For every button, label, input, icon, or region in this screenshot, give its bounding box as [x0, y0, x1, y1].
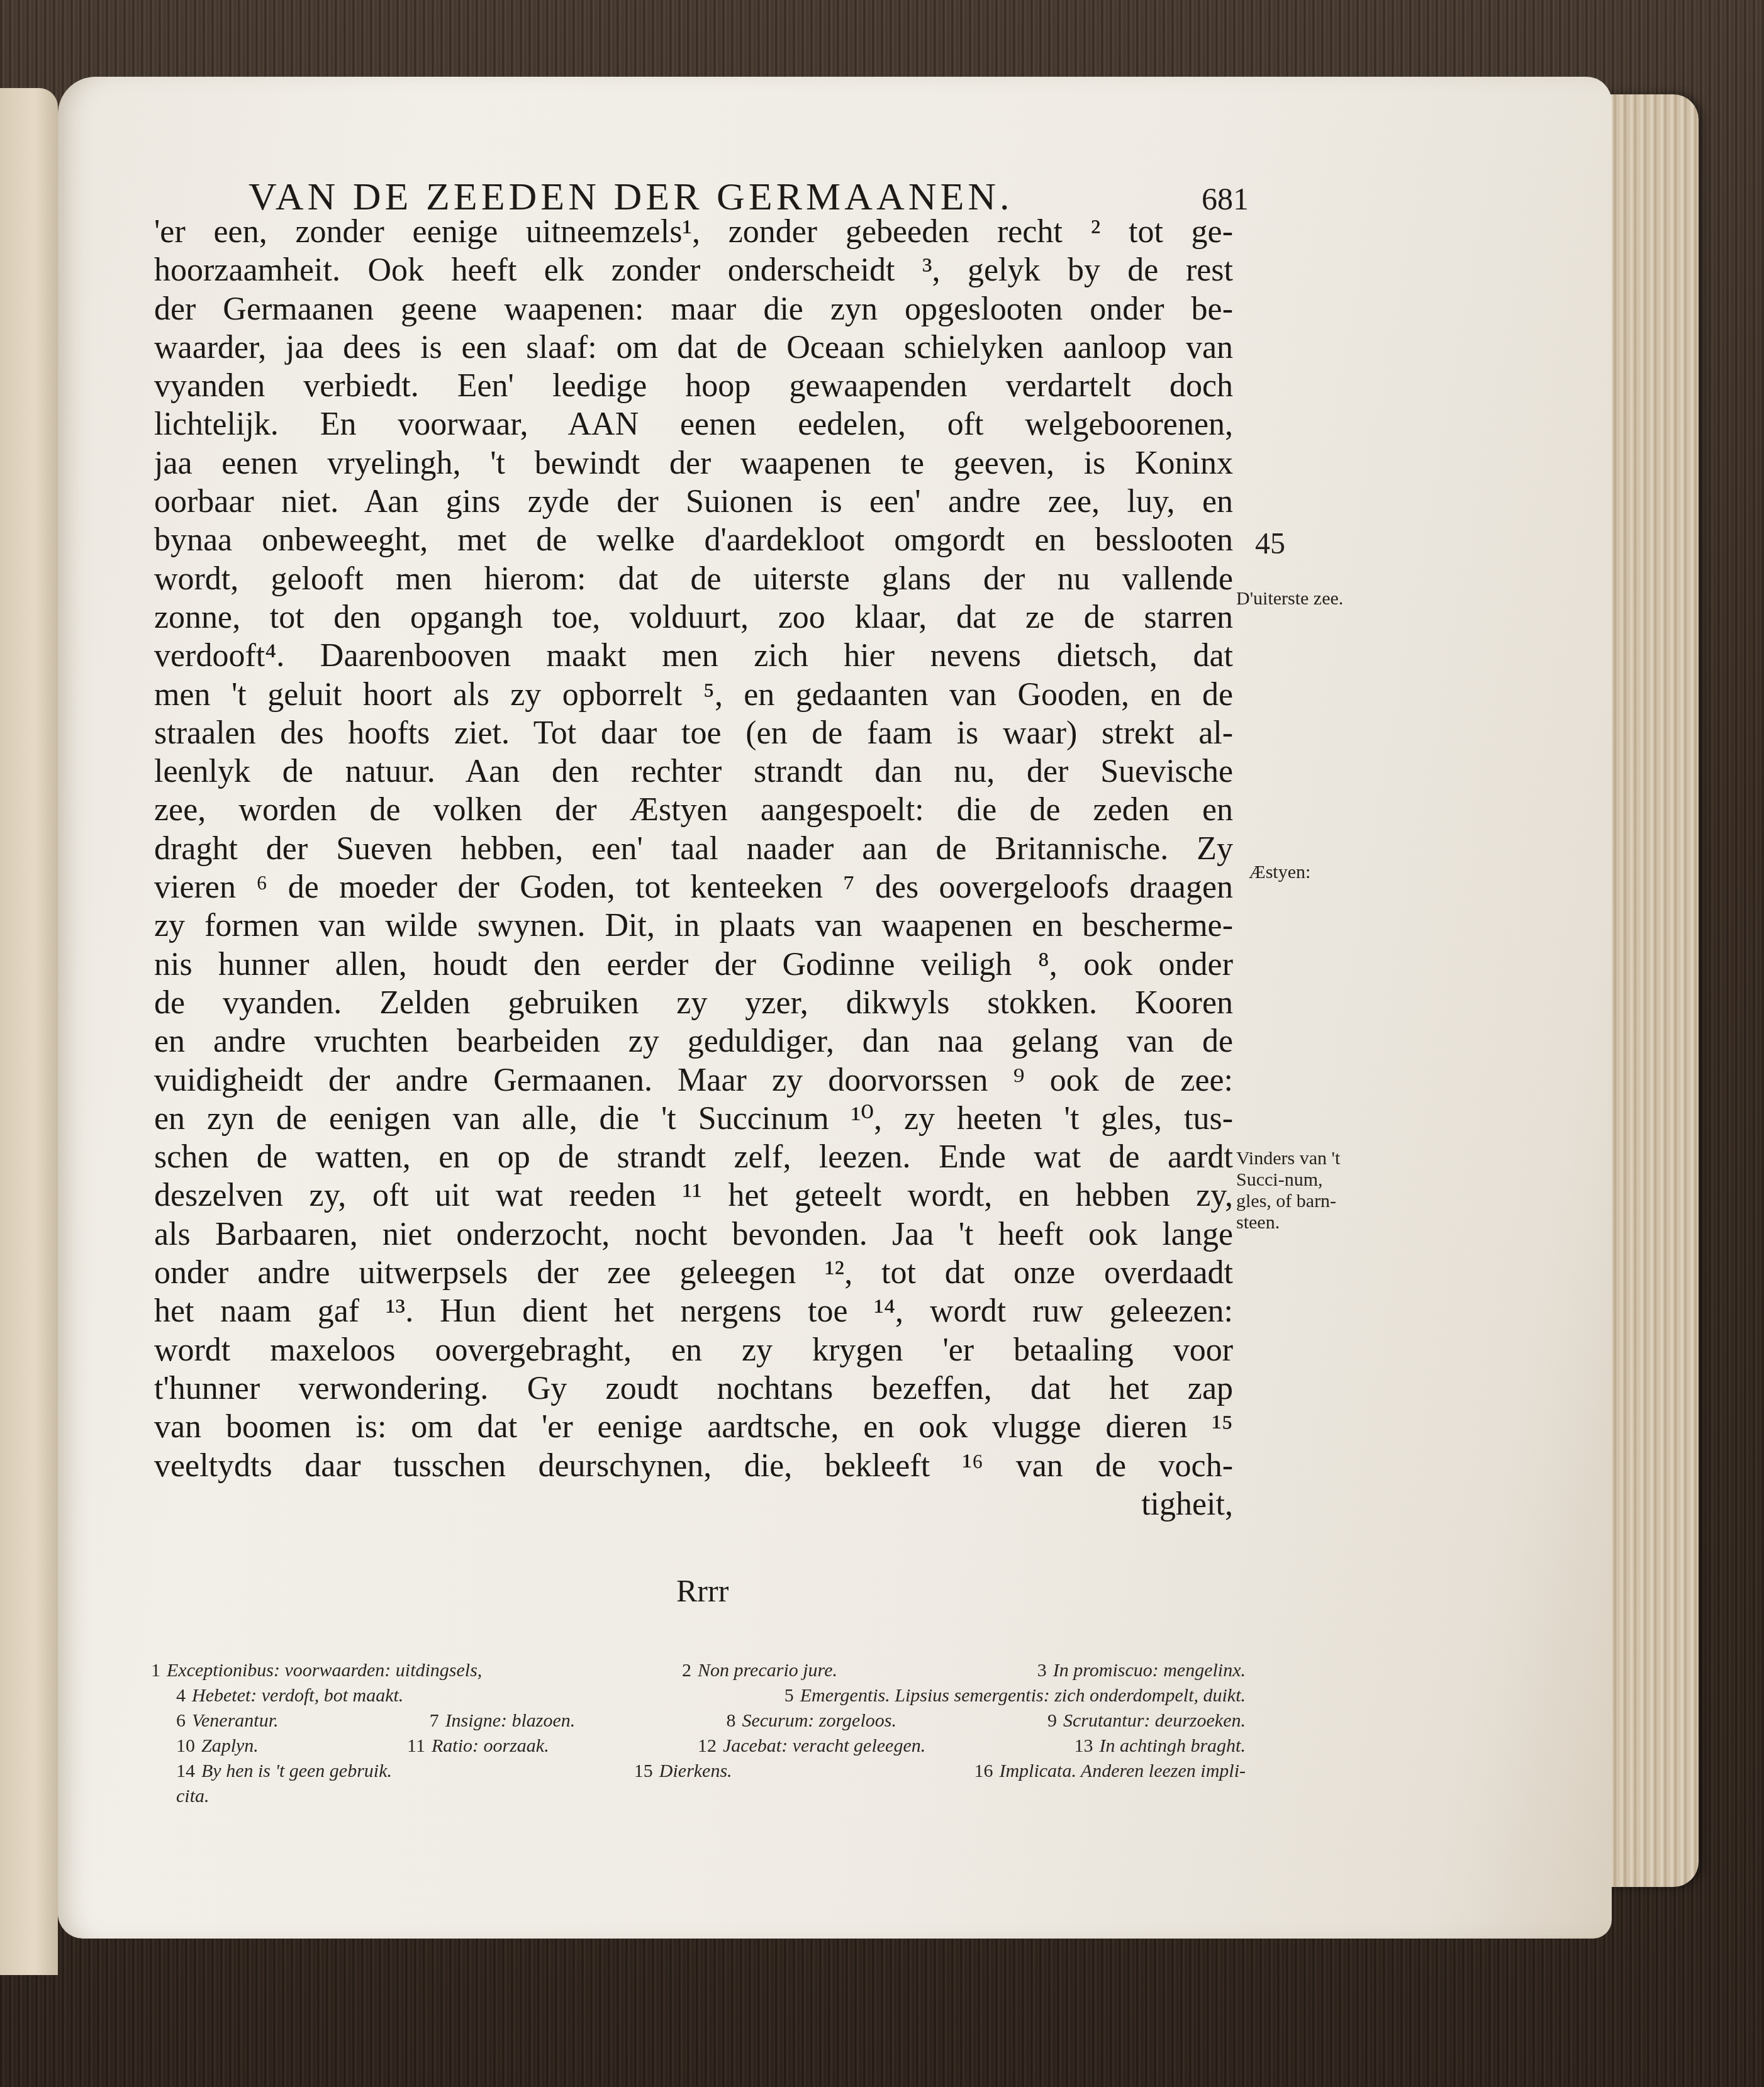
text-line: der Germaanen geene waapenen: maar die z…	[154, 290, 1233, 328]
footnote: 3In promiscuo: mengelinx.	[1037, 1658, 1246, 1683]
margin-section-number: 45	[1255, 533, 1285, 555]
text-line: als Barbaaren, niet onderzocht, nocht be…	[154, 1215, 1233, 1254]
footnote-row: 6Venerantur. 7Insigne: blazoen. 8Securum…	[151, 1708, 1246, 1734]
catchword: tigheit,	[154, 1485, 1233, 1523]
text-line: van boomen is: om dat 'er eenige aardtsc…	[154, 1408, 1233, 1446]
body-text: 'er een, zonder eenige uitneemzels¹, zon…	[154, 213, 1233, 1523]
text-line: lichtelijk. En voorwaar, AAN eenen eedel…	[154, 405, 1233, 443]
text-line: veeltydts daar tusschen deurschynen, die…	[154, 1447, 1233, 1485]
text-line: vuidigheidt der andre Germaanen. Maar zy…	[154, 1061, 1233, 1099]
margin-gloss-uiterste-zee: D'uiterste zee.	[1236, 588, 1362, 609]
footnote: 14By hen is 't geen gebruik.	[176, 1759, 392, 1784]
footnotes: 1Exceptionibus: voorwaarden: uitdingsels…	[151, 1658, 1246, 1809]
footnote: 12Jacebat: veracht geleegen.	[698, 1734, 925, 1759]
text-line: bynaa onbeweeght, met de welke d'aardekl…	[154, 521, 1233, 559]
text-line: wordt, gelooft men hierom: dat de uiters…	[154, 560, 1233, 598]
text-line: en andre vruchten bearbeiden zy geduldig…	[154, 1022, 1233, 1060]
text-line: zonne, tot den opgangh toe, volduurt, zo…	[154, 598, 1233, 637]
text-line: leenlyk de natuur. Aan den rechter stran…	[154, 752, 1233, 791]
page-number: 681	[1202, 181, 1249, 217]
footnote: 13In achtingh braght.	[1074, 1734, 1246, 1759]
text-line: zee, worden de volken der Æstyen aangesp…	[154, 791, 1233, 829]
footnote: 1Exceptionibus: voorwaarden: uitdingsels…	[151, 1658, 482, 1683]
signature-mark: Rrrr	[676, 1572, 728, 1609]
text-line: zy formen van wilde swynen. Dit, in plaa…	[154, 906, 1233, 945]
margin-gloss-vinders-succinum: Vinders van 't Succi-num, gles, of barn-…	[1236, 1148, 1362, 1233]
footnote: 6Venerantur.	[176, 1708, 279, 1734]
text-line: het naam gaf ¹³. Hun dient het nergens t…	[154, 1292, 1233, 1330]
footnote-row: 10Zaplyn. 11Ratio: oorzaak. 12Jacebat: v…	[151, 1734, 1246, 1759]
text-line: straalen des hoofts ziet. Tot daar toe (…	[154, 714, 1233, 752]
footnote: 15Dierkens.	[634, 1759, 732, 1784]
page-stack-fore-edge	[1598, 94, 1699, 1887]
text-line: deszelven zy, oft uit wat reeden ¹¹ het …	[154, 1176, 1233, 1215]
footnote: 5Emergentis. Lipsius semergentis: zich o…	[784, 1683, 1246, 1708]
footnote-row: cita.	[151, 1784, 1246, 1809]
text-line: waarder, jaa dees is een slaaf: om dat d…	[154, 328, 1233, 367]
text-line: onder andre uitwerpsels der zee geleegen…	[154, 1254, 1233, 1292]
text-line: draght der Sueven hebben, een' taal naad…	[154, 830, 1233, 868]
footnote: 10Zaplyn.	[176, 1734, 259, 1759]
footnote-row: 1Exceptionibus: voorwaarden: uitdingsels…	[151, 1658, 1246, 1683]
text-line: en zyn de eenigen van alle, die 't Succi…	[154, 1099, 1233, 1138]
text-line: oorbaar niet. Aan gins zyde der Suionen …	[154, 482, 1233, 521]
text-line: vieren ⁶ de moeder der Goden, tot kentee…	[154, 868, 1233, 906]
text-line: men 't geluit hoort als zy opborrelt ⁵, …	[154, 676, 1233, 714]
text-line: t'hunner verwondering. Gy zoudt nochtans…	[154, 1369, 1233, 1408]
text-line: wordt maxeloos oovergebraght, en zy kryg…	[154, 1331, 1233, 1369]
text-line: verdooft⁴. Daarenbooven maakt men zich h…	[154, 637, 1233, 675]
footnote: 8Securum: zorgeloos.	[726, 1708, 896, 1734]
text-line: vyanden verbiedt. Een' leedige hoop gewa…	[154, 367, 1233, 405]
text-line: nis hunner allen, houdt den eerder der G…	[154, 945, 1233, 984]
footnote: 16Implicata. Anderen leezen impli-	[974, 1759, 1246, 1784]
text-line: jaa eenen vryelingh, 't bewindt der waap…	[154, 444, 1233, 482]
text-line: 'er een, zonder eenige uitneemzels¹, zon…	[154, 213, 1233, 251]
footnote: 7Insigne: blazoen.	[430, 1708, 576, 1734]
text-line: de vyanden. Zelden gebruiken zy yzer, di…	[154, 984, 1233, 1022]
text-line: schen de watten, en op de strandt zelf, …	[154, 1138, 1233, 1176]
footnote-continuation: cita.	[176, 1784, 209, 1809]
text-line: hoorzaamheit. Ook heeft elk zonder onder…	[154, 251, 1233, 289]
footnote: 2Non precario jure.	[682, 1658, 837, 1683]
facing-page-edge	[0, 88, 58, 1975]
footnote: 11Ratio: oorzaak.	[407, 1734, 549, 1759]
footnote: 9Scrutantur: deurzoeken.	[1047, 1708, 1246, 1734]
margin-gloss-aestyen: Æstyen:	[1249, 862, 1337, 883]
footnote-row: 14By hen is 't geen gebruik. 15Dierkens.…	[151, 1759, 1246, 1784]
footnote: 4Hebetet: verdoft, bot maakt.	[176, 1683, 403, 1708]
footnote-row: 4Hebetet: verdoft, bot maakt. 5Emergenti…	[151, 1683, 1246, 1708]
